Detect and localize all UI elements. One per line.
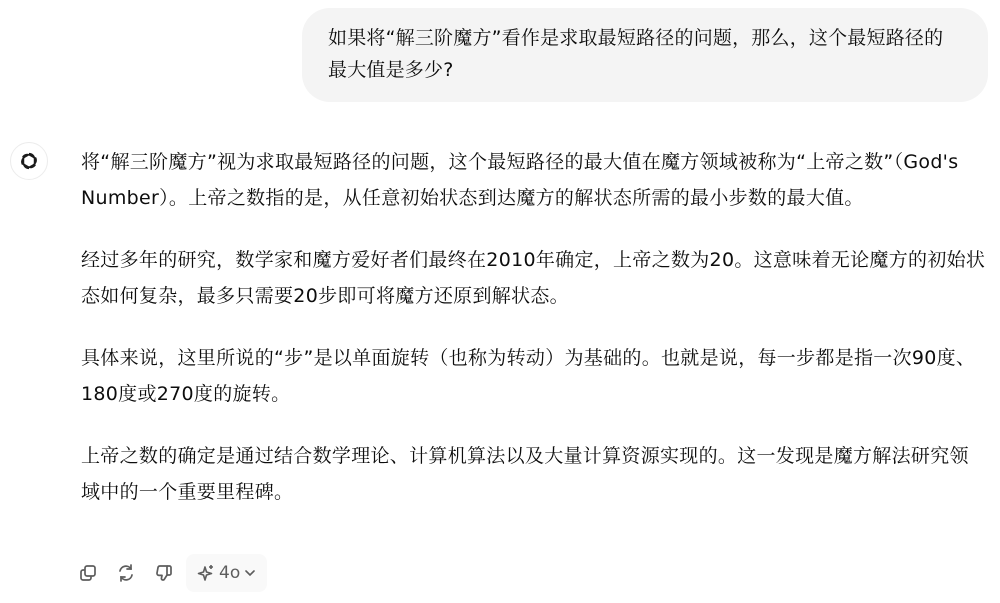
model-label: 4o: [219, 563, 240, 583]
openai-logo-icon: [10, 142, 48, 180]
copy-button[interactable]: [72, 557, 104, 589]
chevron-down-icon: [243, 566, 257, 580]
assistant-paragraph: 经过多年的研究，数学家和魔方爱好者们最终在2010年确定，上帝之数为20。这意味…: [81, 242, 986, 314]
model-switcher-button[interactable]: 4o: [186, 554, 267, 592]
copy-icon: [78, 563, 98, 583]
assistant-paragraph: 将“解三阶魔方”视为求取最短路径的问题，这个最短路径的最大值在魔方领域被称为“上…: [81, 144, 986, 216]
assistant-paragraph: 上帝之数的确定是通过结合数学理论、计算机算法以及大量计算资源实现的。这一发现是魔…: [81, 438, 986, 510]
sparkle-icon: [196, 563, 216, 583]
assistant-message-content: 将“解三阶魔方”视为求取最短路径的问题，这个最短路径的最大值在魔方领域被称为“上…: [81, 144, 986, 536]
assistant-paragraph: 具体来说，这里所说的“步”是以单面旋转（也称为转动）为基础的。也就是说，每一步都…: [81, 340, 986, 412]
user-message-row: 如果将“解三阶魔方”看作是求取最短路径的问题，那么，这个最短路径的最大值是多少?: [302, 8, 988, 102]
thumbs-down-icon: [154, 563, 174, 583]
dislike-button[interactable]: [148, 557, 180, 589]
user-message-bubble: 如果将“解三阶魔方”看作是求取最短路径的问题，那么，这个最短路径的最大值是多少?: [302, 8, 988, 102]
message-actions: 4o: [72, 554, 267, 592]
regenerate-icon: [116, 563, 136, 583]
regenerate-button[interactable]: [110, 557, 142, 589]
